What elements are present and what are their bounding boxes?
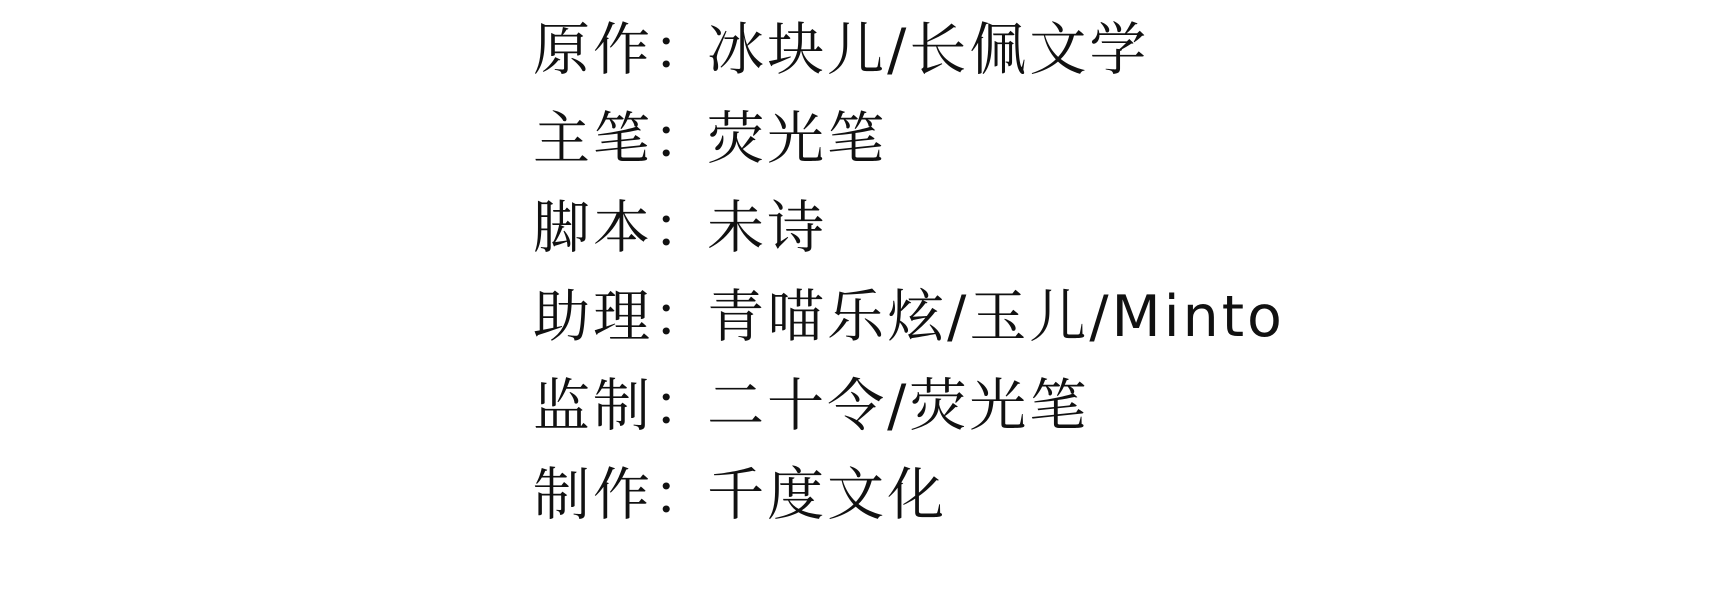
credit-line-script: 脚本：未诗 — [533, 184, 1285, 273]
credit-value: 青喵乐炫/玉儿/Minto — [707, 284, 1285, 350]
credit-line-supervisor: 监制：二十令/荧光笔 — [533, 362, 1285, 451]
credit-line-assistants: 助理：青喵乐炫/玉儿/Minto — [533, 273, 1285, 362]
credit-colon: ： — [653, 451, 707, 540]
credit-line-production: 制作：千度文化 — [533, 451, 1285, 540]
credits-block: 原作：冰块儿/长佩文学 主笔：荧光笔 脚本：未诗 助理：青喵乐炫/玉儿/Mint… — [533, 6, 1285, 540]
credit-role-label: 助理 — [533, 284, 653, 350]
credit-value: 荧光笔 — [707, 106, 887, 172]
credit-colon: ： — [653, 95, 707, 184]
credit-colon: ： — [653, 6, 707, 95]
credit-colon: ： — [653, 273, 707, 362]
credit-value: 千度文化 — [707, 462, 947, 528]
credit-colon: ： — [653, 184, 707, 273]
credit-role-label: 监制 — [533, 373, 653, 439]
credit-value: 二十令/荧光笔 — [707, 373, 1089, 439]
credit-colon: ： — [653, 362, 707, 451]
credit-role-label: 制作 — [533, 462, 653, 528]
credit-role-label: 原作 — [533, 17, 653, 83]
credit-value: 未诗 — [707, 195, 827, 261]
credit-value: 冰块儿/长佩文学 — [707, 17, 1149, 83]
credit-line-lead-artist: 主笔：荧光笔 — [533, 95, 1285, 184]
credit-role-label: 主笔 — [533, 106, 653, 172]
credit-role-label: 脚本 — [533, 195, 653, 261]
credit-line-original-work: 原作：冰块儿/长佩文学 — [533, 6, 1285, 95]
